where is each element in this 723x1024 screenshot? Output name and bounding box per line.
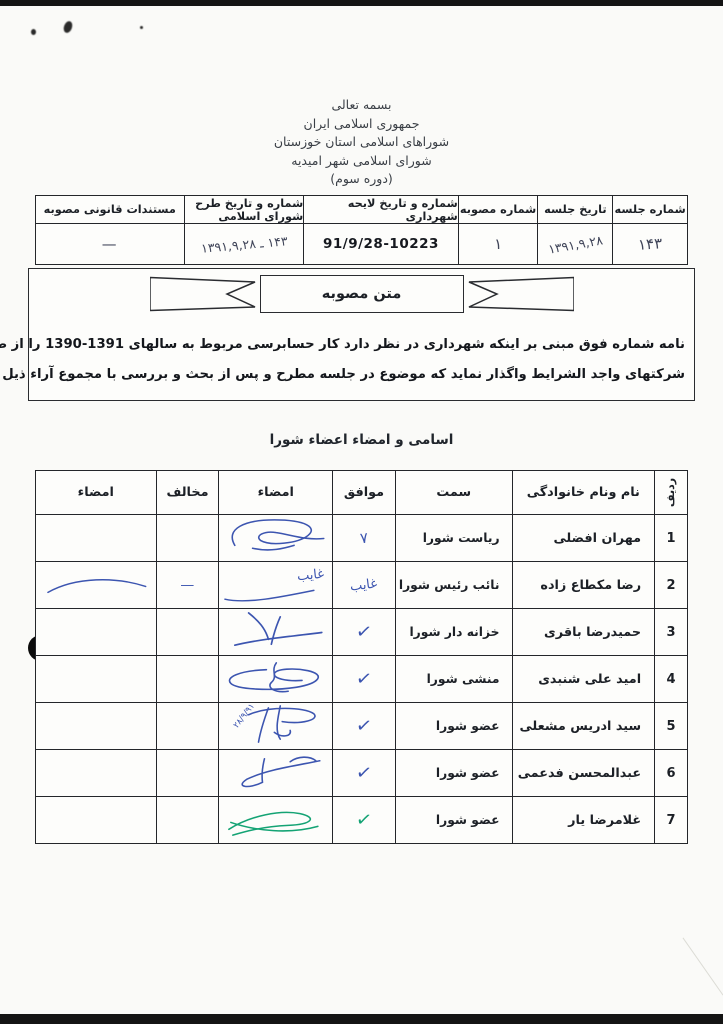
letterhead-line-province-councils: شوراهای اسلامی استان خوزستان [0,133,723,152]
ribbon-tail-right-icon [464,275,574,313]
letterhead: بسمه تعالی جمهوری اسلامی ایران شوراهای ا… [0,96,723,189]
member-name: مهران افضلی [512,515,655,561]
scanned-document-page: بسمه تعالی جمهوری اسلامی ایران شوراهای ا… [0,0,723,1024]
signature-scribble-icon [219,515,332,561]
resolution-meta-table: شماره جلسه تاریخ جلسه شماره مصوبه شماره … [35,195,688,265]
signature-scribble-icon [36,562,156,608]
member-position: عضو شورا [395,703,512,749]
agree-check-icon: ✓ [354,714,373,738]
member-row: 7 غلامرضا یار عضو شورا ✓ [36,796,687,843]
meta-table-header-row: شماره جلسه تاریخ جلسه شماره مصوبه شماره … [36,196,687,223]
letterhead-line-country: جمهوری اسلامی ایران [0,115,723,134]
row-number: 5 [654,703,687,749]
banner-title: متن مصوبه [260,275,464,313]
session-number-handwritten: ۱۴۳ [637,234,662,254]
signatures-header-row: ردیف نام ونام خانوادگی سمت موافق امضاء م… [36,471,687,514]
signature-scribble-icon [219,562,332,608]
member-name: عبدالمحسن فدعمی [512,750,655,796]
member-row: 6 عبدالمحسن فدعمی عضو شورا ✓ [36,749,687,796]
ink-smudge [62,20,74,34]
meta-header-plan-no-date: شماره و تاریخ طرح شورای اسلامی [184,196,304,223]
member-row: 4 امید علی شنبدی منشی شورا ✓ [36,655,687,702]
ribbon-tail-left-icon [150,275,260,313]
ink-smudge [140,26,143,29]
signature-scribble-icon [219,750,332,796]
scan-edge-bottom [0,1014,723,1024]
member-row: 3 حمیدرضا باقری خزانه دار شورا ✓ [36,608,687,655]
plan-number-date-handwritten: ۱۴۳ ـ ۱۳۹۱,۹,۲۸ [200,233,288,256]
row-number: 7 [654,797,687,843]
resolution-body: نامه شماره فوق مبنی بر اینکه شهرداری در … [29,313,694,390]
agree-check-icon: ✓ [354,620,373,644]
resolution-body-line1: نامه شماره فوق مبنی بر اینکه شهرداری در … [38,330,685,360]
member-position: عضو شورا [395,750,512,796]
resolution-number-handwritten: ۱ [494,235,502,253]
letterhead-line-city-council: شورای اسلامی شهر امیدیه [0,152,723,171]
row-number: 3 [654,609,687,655]
member-name: امید علی شنبدی [512,656,655,702]
member-name: حمیدرضا باقری [512,609,655,655]
member-position: ریاست شورا [395,515,512,561]
bill-number-date: 91/9/28-10223 [323,236,439,252]
ink-smudge [31,29,36,35]
session-date-handwritten: ۱۳۹۱,۹,۲۸ [547,232,604,256]
row-number: 1 [654,515,687,561]
agree-check-icon: ✓ [354,808,373,832]
member-name: غلامرضا یار [512,797,655,843]
row-number: 6 [654,750,687,796]
header-oppose: مخالف [156,471,219,514]
resolution-body-line2: شرکتهای واجد الشرایط واگذار نماید که موض… [38,360,685,390]
header-full-name: نام ونام خانوادگی [512,471,655,514]
member-row: 1 مهران افضلی ریاست شورا ٧ [36,514,687,561]
member-position: نائب رئیس شورا [395,562,512,608]
letterhead-line-term: (دوره سوم) [0,170,723,189]
signature-scribble-icon [219,703,332,749]
meta-header-session-date: تاریخ جلسه [537,196,612,223]
member-position: خزانه دار شورا [395,609,512,655]
member-position: منشی شورا [395,656,512,702]
member-name: سید ادریس مشعلی [512,703,655,749]
row-number: 2 [654,562,687,608]
agree-check-icon: ✓ [354,667,373,691]
resolution-banner: متن مصوبه [150,275,574,313]
signature-scribble-icon [219,797,332,843]
legal-docs-dash: – [100,235,119,253]
header-signature-agree: امضاء [218,471,332,514]
paper-crease [683,938,723,996]
signature-scribble-icon [219,656,332,702]
header-agree: موافق [332,471,395,514]
meta-header-resolution-no: شماره مصوبه [458,196,538,223]
agree-check-icon: ٧ [359,529,369,548]
header-position: سمت [395,471,512,514]
scan-edge-top [0,0,723,6]
member-position: عضو شورا [395,797,512,843]
member-name: رضا مکطاع زاده [512,562,655,608]
header-row-number: ردیف [665,478,678,507]
row-number: 4 [654,656,687,702]
header-signature-oppose: امضاء [36,471,156,514]
absent-note: غایب [350,576,379,594]
signatures-table: ردیف نام ونام خانوادگی سمت موافق امضاء م… [35,470,688,844]
meta-header-legal-docs: مستندات قانونی مصوبه [36,196,184,223]
signatures-section-title: اسامی و امضاء اعضاء شورا [0,432,723,448]
meta-header-session-no: شماره جلسه [612,196,687,223]
member-row: 2 رضا مکطاع زاده نائب رئیس شورا غایب غای… [36,561,687,608]
agree-check-icon: ✓ [354,761,373,785]
meta-table-values-row: ۱۴۳ ۱۳۹۱,۹,۲۸ ۱ 91/9/28-10223 ۱۴۳ ـ ۱۳۹۱… [36,223,687,264]
resolution-text-box: متن مصوبه نامه شماره فوق مبنی بر اینکه ش… [28,268,695,401]
oppose-dash-mark: – [180,578,196,593]
signature-scribble-icon [219,609,332,655]
member-row: 5 سید ادریس مشعلی عضو شورا ✓ ۲۸/۹/۹۱ [36,702,687,749]
letterhead-line-basmala: بسمه تعالی [0,96,723,115]
meta-header-bill-no-date: شماره و تاریخ لایحه شهرداری [303,196,458,223]
